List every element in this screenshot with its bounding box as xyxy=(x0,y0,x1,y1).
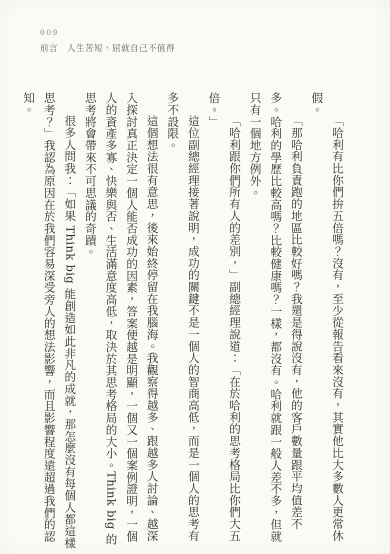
running-head-title: 人生苦短，屈就自己不值得 xyxy=(67,44,175,54)
page-header: 009 前言人生苦短，屈就自己不值得 xyxy=(40,28,175,54)
running-head-section: 前言 xyxy=(40,44,58,54)
paragraph: 很多人問我：「如果 Think big 能創造如此非凡的成就，那怎麼沒有每個人都… xyxy=(19,92,81,552)
paragraph: 這位副總經理接著說明，成功的關鍵不是一個人的智商高低，而是一個人的思考有多不設限… xyxy=(163,92,204,552)
running-head: 前言人生苦短，屈就自己不值得 xyxy=(40,42,175,54)
page-number: 009 xyxy=(40,28,175,38)
book-page: 009 前言人生苦短，屈就自己不值得 「哈利有比你們拚五倍嗎？沒有，至少從報告看… xyxy=(0,0,390,554)
paragraph: 「哈利跟你們所有人的差別，」副總經理說道：「在於哈利的思考格局比你們大五倍。」 xyxy=(204,92,245,552)
paragraph: 「哈利有比你們拚五倍嗎？沒有，至少從報告看來沒有，其實他比大多數人更常休假。 xyxy=(307,92,348,552)
paragraph: 這個想法很有意思，後來始終停留在我腦海。我觀察得越多、跟越多人討論、越深入探討真… xyxy=(80,92,162,552)
paragraph: 「那哈利負責跑的地區比較好嗎？我還是得說沒有，他的客戶數量跟平均值差不多。哈利的… xyxy=(245,92,307,552)
body-text: 「哈利有比你們拚五倍嗎？沒有，至少從報告看來沒有，其實他比大多數人更常休假。 「… xyxy=(32,92,348,552)
